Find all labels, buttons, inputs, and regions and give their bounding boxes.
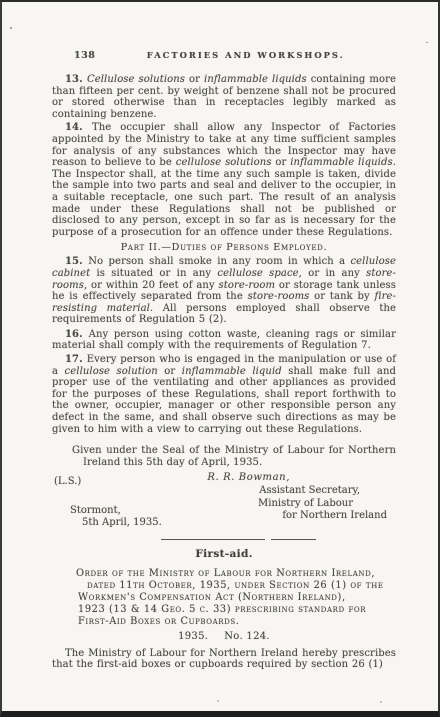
- order-number-line: 1935.No. 124.: [52, 631, 396, 642]
- order-preamble-line-5: First-Aid Boxes or Cupboards.: [76, 616, 396, 628]
- regulation-paragraph-16: 16. Any person using cotton waste, clean…: [52, 329, 396, 352]
- regulation-paragraph-15: 15. No person shall smoke in any room in…: [52, 256, 396, 326]
- page-content: 138 FACTORIES AND WORKSHOPS. 13. Cellulo…: [52, 2, 396, 671]
- ls-seal-mark: (L.S.): [54, 476, 81, 487]
- order-preamble-line-1: Order of the Ministry of Labour for Nort…: [76, 568, 396, 580]
- regulation-paragraph-17: 17. Every person who is engaged in the m…: [52, 354, 396, 435]
- signature-org: Ministry of Labour: [258, 498, 353, 509]
- date-line: 5th April, 1935.: [82, 517, 162, 528]
- running-title: FACTORIES AND WORKSHOPS.: [95, 50, 396, 60]
- seal-clause: Given under the Seal of the Ministry of …: [52, 445, 396, 469]
- first-aid-section-heading: First-aid.: [52, 548, 396, 560]
- part-ii-heading: Part II.—Duties of Persons Employed.: [52, 242, 396, 254]
- scan-speck: [11, 713, 14, 715]
- order-preamble-line-3: Workmen's Compensation Act (Northern Ire…: [76, 592, 396, 604]
- rule-short-segment: [271, 539, 316, 541]
- signature-name: R. R. Bowman,: [207, 472, 290, 483]
- page-header: 138 FACTORIES AND WORKSHOPS.: [52, 50, 396, 61]
- signature-block: (L.S.) R. R. Bowman, Assistant Secretary…: [52, 472, 396, 526]
- scan-speck: [380, 701, 382, 703]
- order-preamble-line-2: dated 11th October, 1935, under Section …: [76, 580, 396, 592]
- page-number: 138: [74, 50, 95, 61]
- order-year: 1935.: [178, 631, 208, 642]
- scan-speck: [10, 27, 12, 29]
- rule-long-segment: [161, 539, 265, 541]
- regulation-paragraph-13: 13. Cellulose solutions or inflammable l…: [52, 74, 396, 120]
- scan-speck: [426, 42, 428, 43]
- regulation-paragraph-14: 14. The occupier shall allow any Inspect…: [52, 122, 396, 238]
- place-line: Stormont,: [70, 505, 121, 516]
- section-divider-rule: [161, 539, 396, 541]
- order-body-paragraph: The Ministry of Labour for Northern Irel…: [52, 648, 396, 671]
- order-preamble: Order of the Ministry of Labour for Nort…: [76, 568, 396, 628]
- order-reference-number: No. 124.: [224, 631, 270, 642]
- signature-role: Assistant Secretary,: [259, 485, 360, 496]
- order-preamble-line-4: 1923 (13 & 14 Geo. 5 c. 33) prescribing …: [76, 604, 396, 616]
- scanned-document-page: 138 FACTORIES AND WORKSHOPS. 13. Cellulo…: [0, 0, 440, 717]
- signature-org-2: for Northern Ireland: [282, 510, 387, 521]
- scan-speck: [217, 700, 219, 702]
